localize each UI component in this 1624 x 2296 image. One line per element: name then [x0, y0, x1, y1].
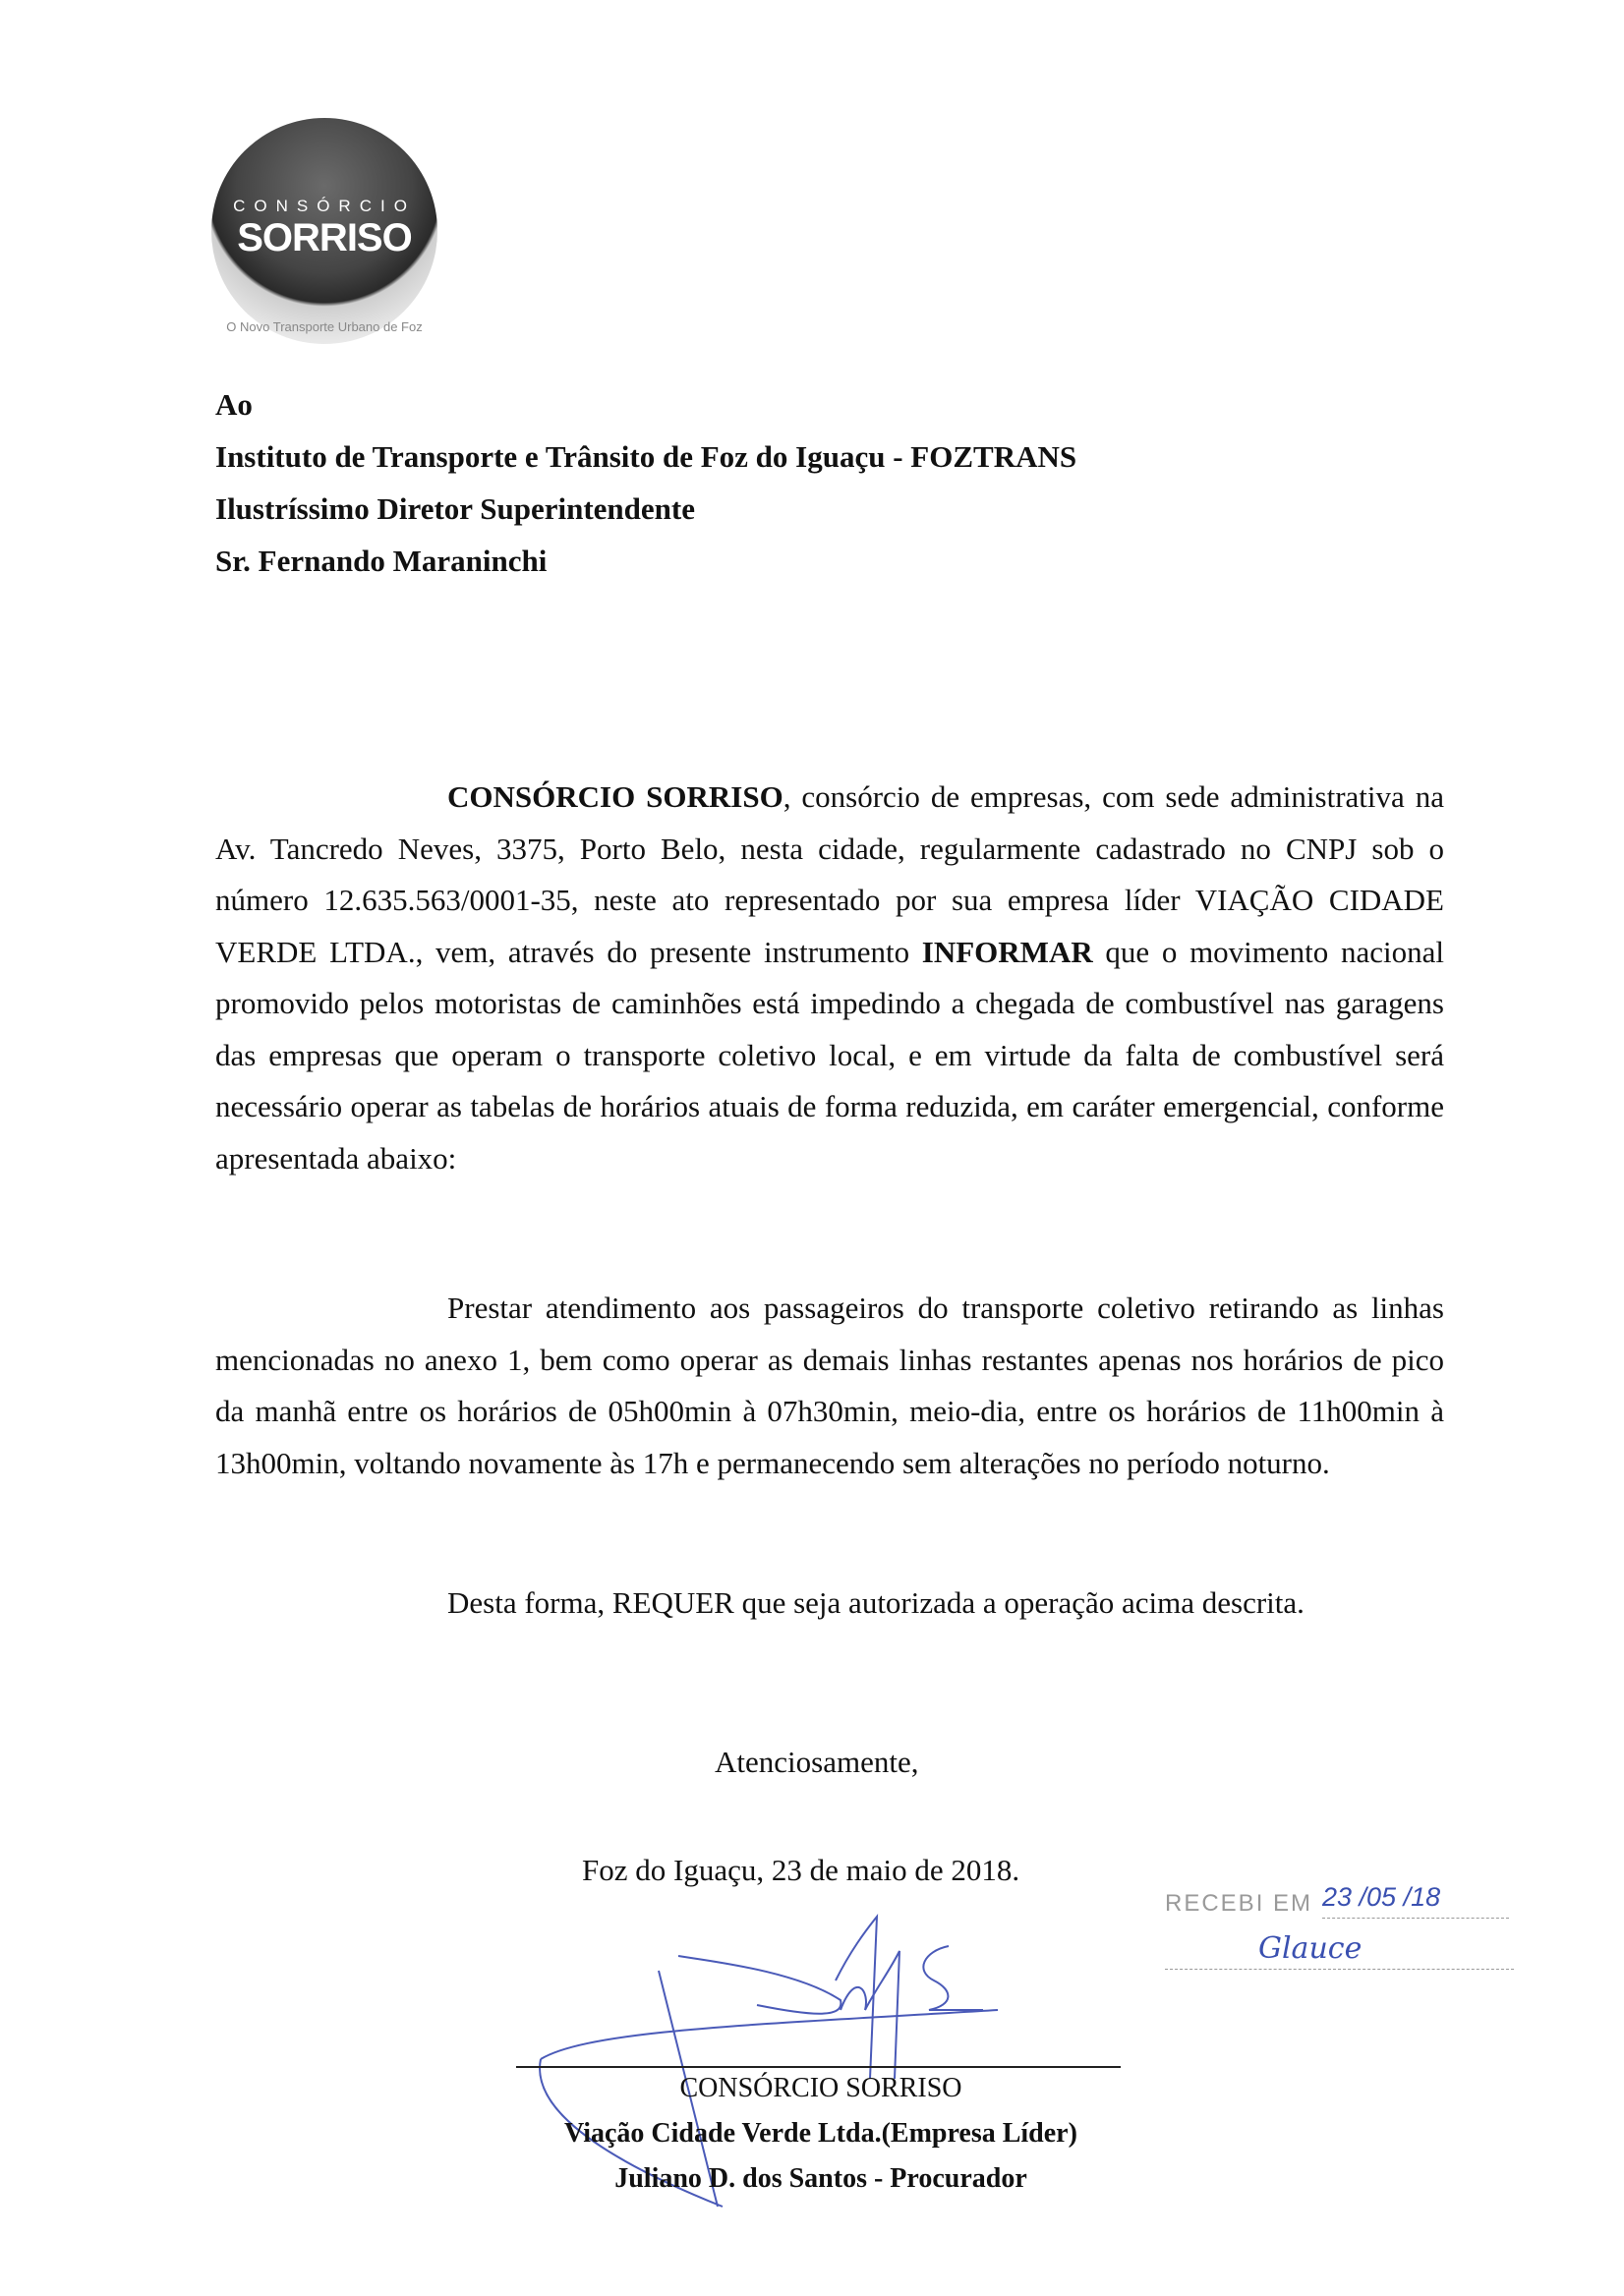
closing: Atenciosamente, — [715, 1745, 918, 1780]
paragraph-2: Prestar atendimento aos passageiros do t… — [215, 1283, 1444, 1489]
stamp-date-line — [1322, 1918, 1509, 1919]
logo-top-text: CONSÓRCIO — [211, 197, 437, 216]
stamp-signature-line — [1165, 1969, 1514, 1970]
recipient-title: Ilustríssimo Diretor Superintendente — [215, 483, 1076, 535]
recipient-institution: Instituto de Transporte e Trânsito de Fo… — [215, 430, 1076, 483]
company-logo: CONSÓRCIO SORRISO O Novo Transporte Urba… — [211, 118, 437, 344]
signature-signer: Juliano D. dos Santos - Procurador — [531, 2156, 1111, 2202]
stamp-label: RECEBI EM — [1165, 1890, 1312, 1918]
recipient-block: Ao Instituto de Transporte e Trânsito de… — [215, 378, 1076, 587]
paragraph-1: CONSÓRCIO SORRISO, consórcio de empresas… — [215, 772, 1444, 1184]
stamp-signature: Glauce — [1258, 1931, 1362, 1966]
city-date: Foz do Iguaçu, 23 de maio de 2018. — [582, 1853, 1019, 1888]
salutation: Ao — [215, 378, 1076, 430]
recipient-name: Sr. Fernando Maraninchi — [215, 535, 1076, 587]
signature-entity: CONSÓRCIO SORRISO — [531, 2066, 1111, 2111]
logo-main-text: SORRISO — [211, 216, 437, 260]
informar-bold: INFORMAR — [922, 935, 1093, 969]
signature-block: CONSÓRCIO SORRISO Viação Cidade Verde Lt… — [531, 2066, 1111, 2202]
paragraph-3: Desta forma, REQUER que seja autorizada … — [215, 1578, 1444, 1630]
signature-company: Viação Cidade Verde Ltda.(Empresa Líder) — [531, 2111, 1111, 2156]
company-name-bold: CONSÓRCIO SORRISO — [447, 779, 783, 814]
logo-tagline: O Novo Transporte Urbano de Foz — [211, 319, 437, 334]
received-stamp: RECEBI EM 23 /05 /18 Glauce — [1165, 1882, 1514, 1971]
stamp-date: 23 /05 /18 — [1322, 1882, 1440, 1913]
